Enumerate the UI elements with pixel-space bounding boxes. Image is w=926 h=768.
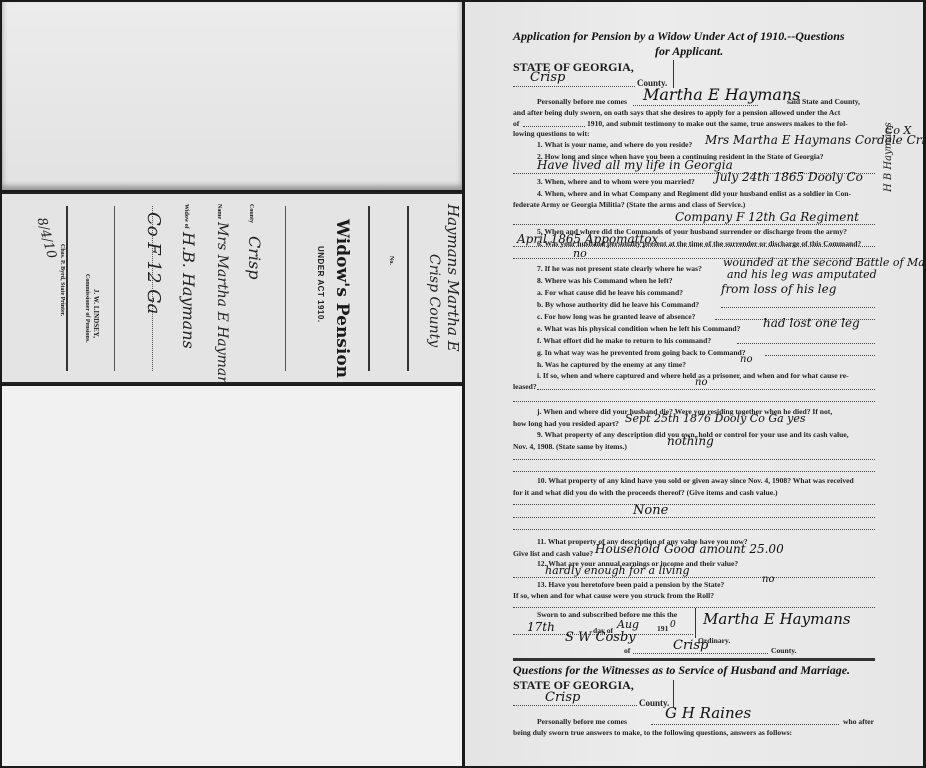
ordinary-county: Crisp [673,638,708,653]
intro-text: lowing questions to wit: [513,129,590,138]
section-divider [513,658,875,661]
question-h: h. Was he captured by the enemy at any t… [537,360,686,369]
witness-name: G H Raines [665,704,751,722]
witness-intro: Personally before me comes [537,717,627,726]
name-label: Name [216,204,222,219]
question-i: i. If so, when and where captured and wh… [537,371,849,380]
question-i-cont: leased? [513,382,537,391]
question-3: 3. When, where and to whom were you marr… [537,177,695,186]
cover-title: Widow's Pension [332,219,352,378]
margin-note-county: Crisp County [426,254,442,347]
sworn-label: Sworn to and subscribed before me this t… [537,610,677,619]
question-4: 4. When, where and in what Company and R… [537,189,851,198]
county-value: Crisp [245,236,264,279]
margin-note: Haymans Martha E [444,204,462,352]
question-g: g. In what way was he prevented from goi… [537,348,746,357]
applicant-signature: Martha E Haymans [703,610,851,628]
divider-line [368,206,370,371]
question-1: 1. What is your name, and where do you r… [537,140,692,149]
intro-text: said State and County, [787,97,860,106]
applicant-name: Martha E Haymans [643,85,800,104]
number-label: No. [388,256,394,265]
question-4-cont: federate Army or Georgia Militia? (State… [513,200,745,209]
form-title-2: for Applicant. [655,44,723,59]
answer-3: July 24th 1865 Dooly Co [715,170,863,184]
back-blank-area [2,386,462,766]
answer-8: and his leg was amputated [727,268,877,281]
witness-county: Crisp [545,690,580,705]
answer-11: Household Good amount 25.00 [595,542,784,556]
intro-text: 1910, and submit testimony to make out t… [587,119,848,128]
question-13: 13. Have you heretofore been paid a pens… [537,580,724,589]
question-7: 7. If he was not present state clearly w… [537,264,702,273]
county-label-2: County. [771,646,797,655]
margin-note-vertical: H B Haymans [883,122,894,192]
unit-value: Co F 12 Ga [143,212,164,314]
application-form: Application for Pension by a Widow Under… [465,2,923,766]
divider-line [407,206,409,371]
divider-line [66,206,68,371]
county-label: County [248,204,254,223]
answer-10: None [633,503,668,518]
question-a: a. For what cause did he leave his comma… [537,288,683,297]
question-e: e. What was his physical condition when … [537,324,740,333]
question-f: f. What effort did he make to return to … [537,336,711,345]
answer-9: nothing [667,434,714,448]
applicant-county: Crisp [530,70,565,85]
answer-h: no [740,354,752,365]
question-b: b. By whose authority did he leave his C… [537,300,699,309]
form-title: Application for Pension by a Widow Under… [513,29,845,44]
witness-title: Questions for the Witnesses as to Servic… [513,663,850,678]
answer-j: Sept 25th 1876 Dooly Co Ga yes [625,412,806,425]
question-11-cont: Give list and cash value? [513,549,593,558]
commissioner-name: J. W. LINDSEY, [92,289,100,338]
witness-intro: being duly sworn true answers to make, t… [513,728,792,737]
printer-credit: Chas. P. Byrd, State Printer. [59,244,65,316]
question-10-cont: for it and what did you do with the proc… [513,488,778,497]
question-c: c. For how long was he granted leave of … [537,312,695,321]
intro-text: Personally before me comes [537,97,627,106]
question-8: 8. Where was his Command when he left? [537,276,673,285]
answer-e: had lost one leg [763,316,860,330]
answer-2: Have lived all my life in Georgia [537,158,733,172]
corner-note: 8/4/10 [34,216,59,260]
cover-subtitle: UNDER ACT 1910. [316,246,325,323]
question-9-cont: Nov. 4, 1908. (State same by items.) [513,442,627,451]
intro-text: and after being duly sworn, on oath says… [513,108,840,117]
answer-4: Company F 12th Ga Regiment [675,210,859,224]
answer-13: no [762,574,774,585]
answer-a: from loss of his leg [721,282,836,296]
question-10: 10. What property of any kind have you s… [537,476,854,485]
question-roll: If so, when and for what cause were you … [513,591,714,600]
divider-line [285,206,286,371]
widow-of-label: Widow of [183,204,189,229]
commissioner-title: Commissioner of Pensions. [84,274,90,343]
answer-6: no [573,247,587,260]
year-label: 191 [657,624,668,633]
intro-text: of [513,119,519,128]
divider-line [114,206,115,371]
name-value: Mrs Martha E Haymans [214,222,230,392]
witness-intro: who after [843,717,874,726]
answer-12: hardly enough for a living [545,564,690,577]
sworn-day: 17th [527,620,555,634]
back-flap-top [2,2,462,190]
docket-cover: 8/4/10 Chas. P. Byrd, State Printer. J. … [2,192,462,384]
year-suffix: 0 [670,620,676,630]
widow-of-value: H.B. Haymans [179,232,198,349]
ordinary-signature: S W Cosby [565,630,636,645]
answer-i: no [695,377,707,388]
question-j-cont: how long had you resided apart? [513,419,619,428]
of-label: of [624,646,630,655]
